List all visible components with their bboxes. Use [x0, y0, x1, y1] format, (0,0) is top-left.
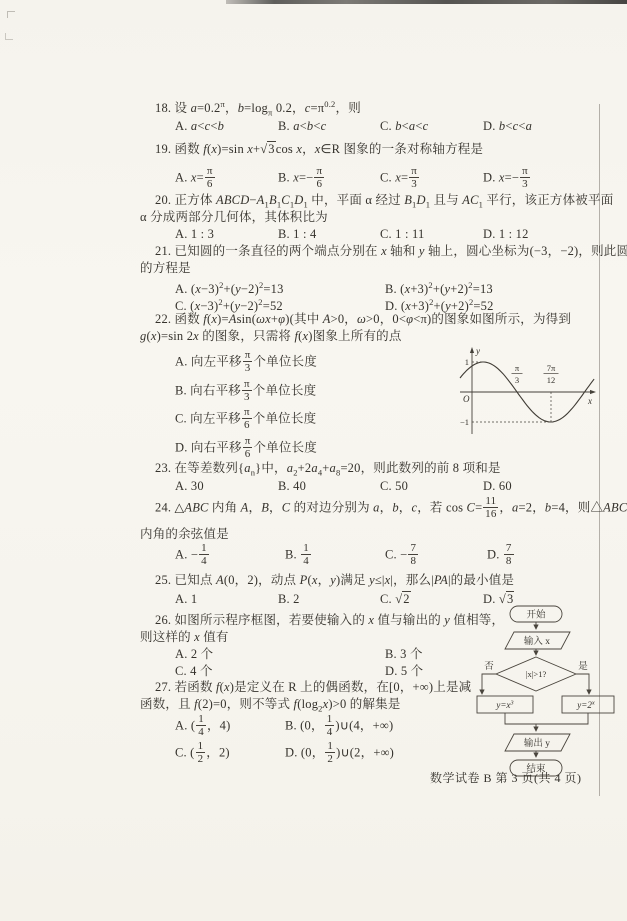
q22-option-c: C. 向左平移π6个单位长度 — [175, 407, 316, 432]
exam-page: 18. 设 a=0.2π，b=logπ 0.2，c=π0.2，则 A. a<c<… — [0, 0, 627, 921]
flowchart-yes-label: 是 — [578, 661, 588, 672]
graph-y-label: y — [475, 346, 480, 356]
q19-option-b: B. x=−π6 — [278, 166, 325, 191]
flowchart-start-label: 开始 — [526, 609, 546, 621]
q26-option-d: D. 5 个 — [385, 663, 423, 680]
q23-option-c: C. 50 — [380, 478, 408, 495]
flowchart-output-label: 输出 y — [524, 737, 550, 749]
q23-option-b: B. 40 — [278, 478, 306, 495]
q24-option-d: D. 78 — [487, 543, 515, 568]
q22-option-d: D. 向右平移π6个单位长度 — [175, 436, 317, 461]
flowchart-merge-left — [505, 713, 536, 724]
q21-stem-line2: 的方程是 — [140, 260, 191, 277]
q24-stem-line2: 内角的余弦值是 — [140, 526, 229, 543]
graph-y-arrowhead — [470, 347, 474, 353]
graph-tick2-numerator: 7π — [547, 363, 556, 373]
scan-edge-strip — [226, 0, 627, 4]
flowchart-branch-yes-label: y=2x — [576, 700, 595, 711]
graph-tick1-numerator: π — [515, 363, 520, 373]
q20-option-c: C. 1 : 11 — [380, 226, 424, 243]
graph-ymin-label: −1 — [460, 417, 469, 427]
q26-option-c: C. 4 个 — [175, 663, 213, 680]
graph-tick1-denominator: 3 — [515, 375, 519, 385]
corner-mark-bottom — [5, 33, 13, 40]
flowchart-decision-label: |x|>1? — [526, 669, 547, 679]
q23-stem: 23. 在等差数列{an}中，a2+2a4+a8=20，则此数列的前 8 项和是 — [155, 460, 501, 482]
q27-option-d: D. (0，12)∪(2，+∞) — [285, 741, 394, 766]
q18-option-c: C. b<a<c — [380, 118, 428, 135]
q18-option-d: D. b<c<a — [483, 118, 532, 135]
q22-option-b: B. 向右平移π3个单位长度 — [175, 379, 316, 404]
q19-stem: 19. 函数 f(x)=sin x+√3cos x，x∈R 图象的一条对称轴方程… — [155, 141, 483, 158]
program-flowchart: 开始 输入 x |x|>1? 否 是 y=x3 y=2x 输出 y 结束 — [452, 602, 617, 782]
q26-option-a: A. 2 个 — [175, 646, 213, 663]
q25-option-c: C. √2 — [380, 591, 411, 608]
q18-option-a: A. a<c<b — [175, 118, 224, 135]
q27-option-c: C. (12，2) — [175, 741, 230, 766]
q25-option-b: B. 2 — [278, 591, 300, 608]
flowchart-merge-right — [536, 713, 588, 724]
q19-option-d: D. x=−π3 — [483, 166, 531, 191]
branch-no-exponent: 3 — [509, 700, 514, 707]
flowchart-yes-connector — [576, 674, 589, 694]
q26-stem-line2: 则这样的 x 值有 — [140, 629, 229, 646]
q24-option-b: B. 14 — [285, 543, 312, 568]
corner-mark-top — [7, 11, 15, 18]
branch-no-base: y=x — [495, 700, 510, 710]
q26-option-b: B. 3 个 — [385, 646, 423, 663]
q25-option-a: A. 1 — [175, 591, 197, 608]
q18-option-b: B. a<b<c — [278, 118, 326, 135]
flowchart-branch-no-label: y=x3 — [495, 700, 514, 711]
graph-tick2-denominator: 12 — [547, 375, 556, 385]
q22-stem-line1: 22. 函数 f(x)=Asin(ωx+φ)(其中 A>0，ω>0，0<φ<π)… — [155, 311, 571, 328]
graph-x-arrowhead — [590, 390, 596, 394]
q20-stem-line2: α 分成两部分几何体，其体积比为 — [140, 209, 328, 226]
flowchart-no-connector — [482, 674, 496, 694]
q20-option-a: A. 1 : 3 — [175, 226, 214, 243]
q23-option-a: A. 30 — [175, 478, 204, 495]
q19-option-a: A. x=π6 — [175, 166, 216, 191]
page-footer: 数学试卷 B 第 3 页(共 4 页) — [430, 769, 582, 786]
q22-option-a: A. 向左平移π3个单位长度 — [175, 350, 317, 375]
graph-ymax-label: 1 — [465, 357, 469, 367]
graph-origin-label: O — [463, 394, 470, 404]
q20-option-b: B. 1 : 4 — [278, 226, 316, 243]
q23-option-d: D. 60 — [483, 478, 512, 495]
q24-option-c: C. −78 — [385, 543, 419, 568]
branch-yes-exponent: x — [591, 700, 595, 707]
q22-stem-line2: g(x)=sin 2x 的图象，只需将 f(x)图象上所有的点 — [140, 328, 402, 345]
flowchart-no-label: 否 — [484, 661, 494, 672]
q27-stem-line1: 27. 若函数 f(x)是定义在 R 上的偶函数，在[0，+∞)上是减 — [155, 679, 471, 696]
flowchart-input-label: 输入 x — [524, 635, 550, 647]
graph-x-label: x — [587, 396, 592, 406]
q24-option-a: A. −14 — [175, 543, 210, 568]
q25-stem: 25. 已知点 A(0，2)，动点 P(x，y)满足 y≤|x|，那么|PA|的… — [155, 572, 514, 589]
q27-option-a: A. (14，4) — [175, 714, 230, 739]
q20-option-d: D. 1 : 12 — [483, 226, 529, 243]
branch-yes-base: y=2 — [576, 700, 592, 710]
q27-option-b: B. (0，14)∪(4，+∞) — [285, 714, 393, 739]
sine-graph: y x O 1 −1 π 3 7π 12 — [456, 344, 598, 438]
q19-option-c: C. x=π3 — [380, 166, 420, 191]
q24-stem-line1: 24. △ABC 内角 A，B，C 的对边分别为 a，b，c，若 cos C=1… — [155, 496, 627, 521]
q21-stem-line1: 21. 已知圆的一条直径的两个端点分别在 x 轴和 y 轴上，圆心坐标为(−3，… — [155, 243, 627, 260]
